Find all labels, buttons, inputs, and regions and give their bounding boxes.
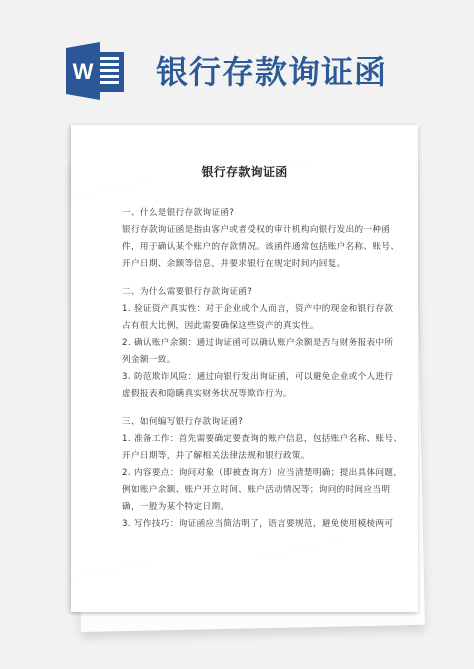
paragraph-line: 3. 防范欺诈风险：通过向银行发出询证函，可以避免企业或个人进行: [122, 369, 382, 386]
paragraph-line: 开户日期等，并了解相关法律法规和银行政策。: [122, 448, 382, 465]
paragraph-line: 1. 验证资产真实性：对于企业或个人而言，资产中的现金和银行存款: [122, 301, 382, 318]
header-title: 银行存款询证函: [156, 46, 387, 98]
paragraph-line: 确，一般为某个特定日期。: [122, 499, 382, 516]
word-icon: W: [66, 42, 126, 100]
paragraph-line: 件，用于确认某个账户的存款情况。该函件通常包括账户名称、账号、: [122, 239, 382, 256]
paragraph-line: 列金额一致。: [122, 352, 382, 369]
section-heading: 三、如何编写银行存款询证函?: [122, 414, 382, 431]
section-how-to-write: 三、如何编写银行存款询证函? 1. 准备工作：首先需要确定要查询的账户信息，包括…: [122, 414, 382, 533]
document-title: 银行存款询证函: [71, 163, 418, 180]
section-gap: [122, 403, 382, 414]
watermark: ·······················: [61, 555, 157, 586]
section-heading: 一、什么是银行存款询证函?: [122, 205, 382, 222]
paragraph-line: 1. 准备工作：首先需要确定要查询的账户信息，包括账户名称、账号、: [122, 431, 382, 448]
paragraph-line: 2. 确认账户余额：通过询证函可以确认账户余额是否与财务报表中所: [122, 335, 382, 352]
section-why-needed: 二、为什么需要银行存款询证函? 1. 验证资产真实性：对于企业或个人而言，资产中…: [122, 284, 382, 403]
paragraph-line: 2. 内容要点：询问对象（即被查询方）应当清楚明确；提出具体问题，: [122, 465, 382, 482]
paragraph-line: 占有很大比例，因此需要确保这些资产的真实性。: [122, 318, 382, 335]
paragraph-line: 3. 写作技巧：询证函应当简洁明了，语言要规范，避免使用模棱两可: [122, 516, 382, 533]
paragraph-line: 开户日期、余额等信息，并要求银行在规定时间内回复。: [122, 256, 382, 273]
section-what-is: 一、什么是银行存款询证函? 银行存款询证函是指由客户或者受权的审计机构向银行发出…: [122, 205, 382, 273]
paragraph-line: 银行存款询证函是指由客户或者受权的审计机构向银行发出的一种函: [122, 222, 382, 239]
section-heading: 二、为什么需要银行存款询证函?: [122, 284, 382, 301]
document-page: ······················· ················…: [71, 125, 418, 612]
paragraph-line: 虚假报表和隐瞒真实财务状况等欺诈行为。: [122, 386, 382, 403]
paragraph-line: 例如账户余额、账户开立时间、账户活动情况等；询问的时间应当明: [122, 482, 382, 499]
document-body: 一、什么是银行存款询证函? 银行存款询证函是指由客户或者受权的审计机构向银行发出…: [122, 205, 382, 533]
watermark: ·······················: [251, 535, 347, 566]
section-gap: [122, 273, 382, 284]
header-banner: W 银行存款询证函: [0, 0, 474, 120]
svg-text:W: W: [73, 59, 94, 84]
